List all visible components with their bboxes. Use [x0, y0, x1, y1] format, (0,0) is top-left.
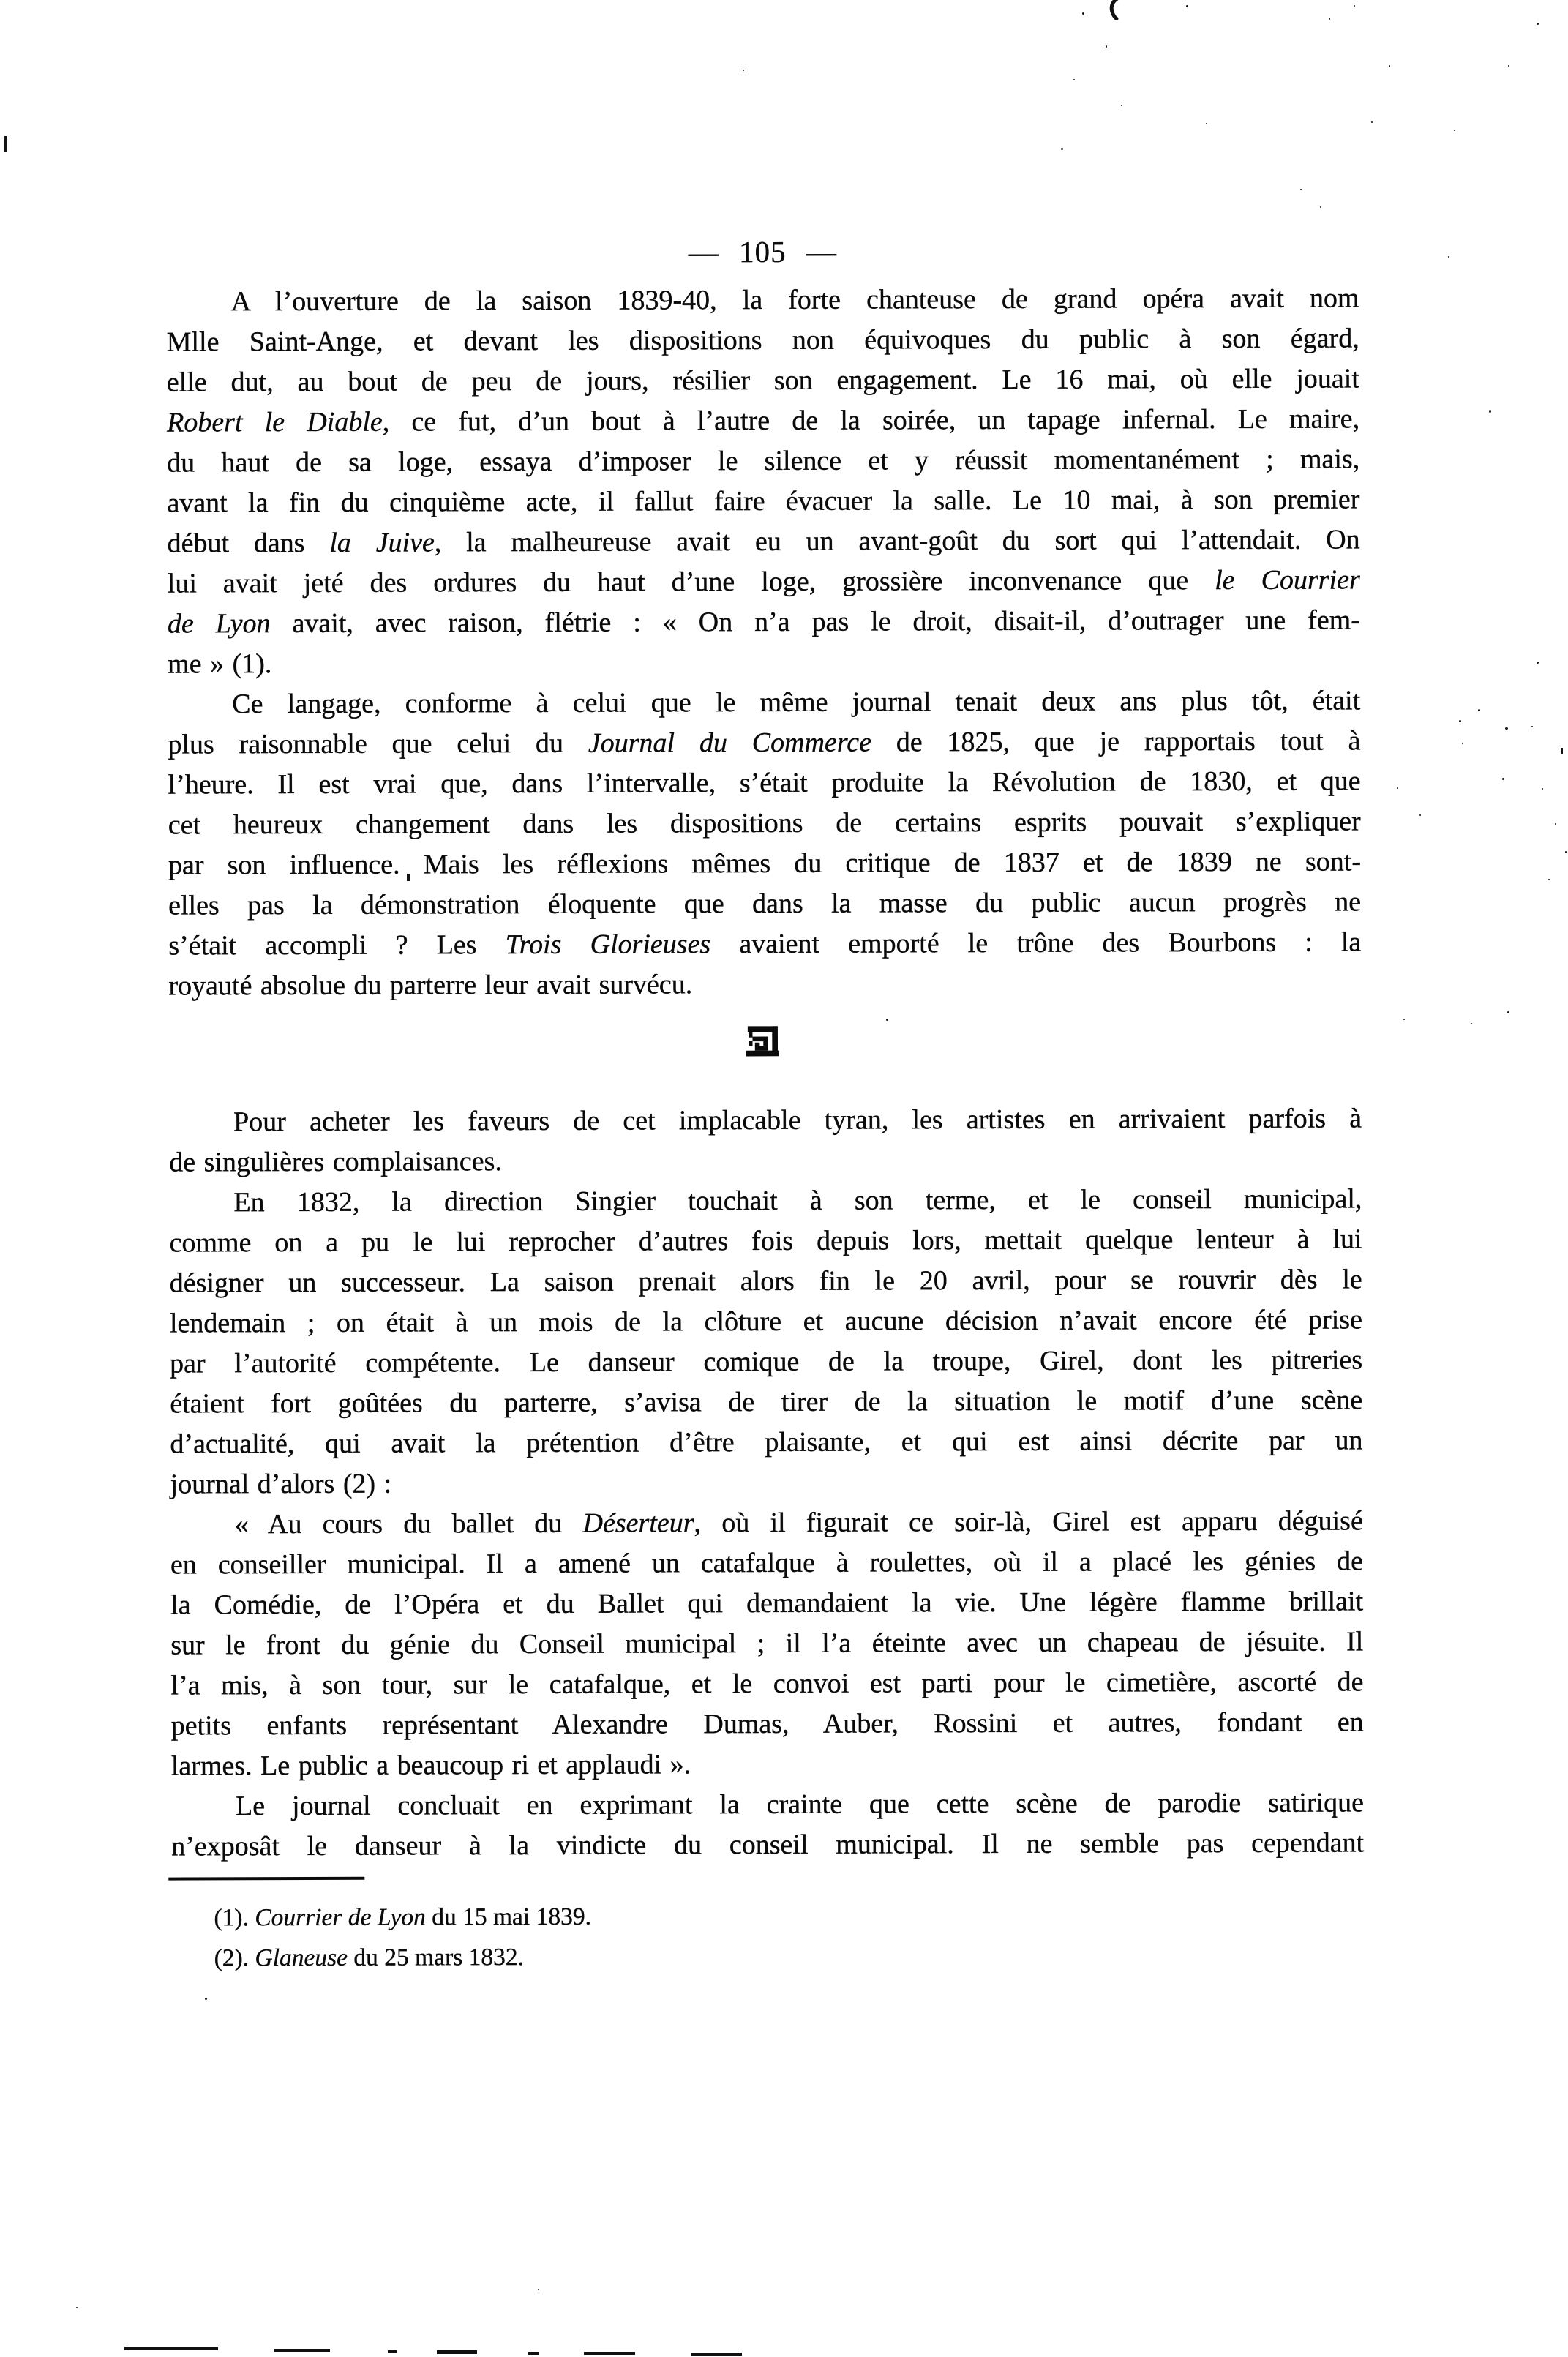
- text-line: elle dut, au bout de peu de jours, résil…: [167, 359, 1359, 402]
- text-line: avant la fin du cinquième acte, il fallu…: [167, 479, 1359, 523]
- text-segment: par son influence. Mais les réflexions m…: [168, 846, 1361, 880]
- text-line: cet heureux changement dans les disposit…: [168, 801, 1361, 845]
- italic-text-segment: de Lyon: [168, 608, 271, 639]
- text-line: Ce langage, conforme à celui que le même…: [168, 681, 1360, 724]
- text-line: l’heure. Il est vrai que, dans l’interva…: [168, 761, 1361, 805]
- scan-speck: [1397, 787, 1398, 789]
- scan-speck: [1371, 121, 1373, 123]
- text-line: la Comédie, de l’Opéra et du Ballet qui …: [170, 1581, 1363, 1625]
- scan-speck: [1300, 189, 1302, 190]
- text-line: journal d’alors (2) :: [170, 1461, 1363, 1504]
- scan-speck: [1565, 851, 1567, 853]
- scan-speck: [1502, 778, 1504, 780]
- text-segment: sur le front du génie du Conseil municip…: [170, 1626, 1363, 1660]
- text-segment: étaient fort goûtées du parterre, s’avis…: [170, 1384, 1362, 1419]
- text-segment: du 15 mai 1839.: [426, 1903, 591, 1931]
- text-line: s’était accompli ? Les Trois Glorieuses …: [168, 922, 1361, 966]
- scan-speck: [1555, 823, 1556, 825]
- scan-edge-dash: [388, 2350, 397, 2353]
- text-segment: « Au cours du ballet du: [235, 1508, 583, 1540]
- text-segment: début dans: [168, 528, 330, 559]
- text-segment: l’a mis, à son tour, sur le catafalque, …: [170, 1666, 1363, 1701]
- text-segment: avant la fin du cinquième acte, il fallu…: [167, 484, 1359, 518]
- italic-text-segment: la Juive: [329, 527, 435, 558]
- scan-speck: [1548, 879, 1550, 880]
- text-line: A l’ouverture de la saison 1839-40, la f…: [166, 278, 1359, 322]
- scan-speck: [886, 1019, 888, 1021]
- text-line: comme on a pu le lui reprocher d’autres …: [170, 1219, 1362, 1263]
- scan-speck: [1061, 148, 1063, 150]
- text-line: de singulières complaisances.: [169, 1139, 1362, 1183]
- footnote-rule: [168, 1877, 364, 1881]
- scan-speck: [743, 70, 744, 71]
- scan-speck: [1354, 5, 1355, 7]
- text-line: par son influence. Mais les réflexions m…: [168, 842, 1361, 885]
- text-line: sur le front du génie du Conseil municip…: [170, 1622, 1363, 1665]
- scan-edge-dash: [274, 2349, 330, 2352]
- scan-speck: [1537, 23, 1539, 25]
- italic-text-segment: Trois Glorieuses: [506, 929, 711, 960]
- greek-key-ornament-icon: [745, 1024, 781, 1057]
- italic-text-segment: le Courrier: [1215, 564, 1360, 596]
- text-line: me » (1).: [168, 640, 1360, 684]
- scan-speck: [205, 1998, 207, 2000]
- scan-speck: [1121, 105, 1122, 106]
- italic-text-segment: Déserteur: [582, 1507, 694, 1538]
- scan-speck: [1537, 662, 1539, 664]
- text-segment: avait, avec raison, flétrie : « On n’a p…: [271, 604, 1360, 639]
- text-line: par l’autorité compétente. Le danseur co…: [170, 1340, 1362, 1384]
- scan-speck: [1462, 743, 1463, 744]
- text-segment: (2).: [214, 1944, 255, 1971]
- text-segment: Le journal concluait en exprimant la cra…: [236, 1787, 1364, 1821]
- scan-speck: [4, 136, 7, 152]
- text-segment: journal d’alors (2) :: [170, 1469, 392, 1500]
- scan-edge-dash: [528, 2352, 539, 2355]
- scan-speck: [76, 2307, 78, 2308]
- text-segment: elles pas la démonstration éloquente que…: [168, 886, 1361, 921]
- text-segment: petits enfants représentant Alexandre Du…: [171, 1706, 1364, 1741]
- scan-speck: [407, 874, 410, 881]
- scan-speck: [1186, 5, 1188, 7]
- text-segment: comme on a pu le lui reprocher d’autres …: [170, 1224, 1362, 1258]
- text-line: désigner un successeur. La saison prenai…: [170, 1259, 1362, 1303]
- footnotes: (1). Courrier de Lyon du 15 mai 1839.(2)…: [171, 1894, 1364, 1978]
- text-line: en conseiller municipal. Il a amené un c…: [170, 1541, 1363, 1585]
- text-line: elles pas la démonstration éloquente que…: [168, 882, 1361, 926]
- scan-speck: [1531, 726, 1533, 727]
- text-line: Le journal concluait en exprimant la cra…: [171, 1783, 1364, 1826]
- text-line: l’a mis, à son tour, sur le catafalque, …: [170, 1662, 1363, 1706]
- text-segment: (1).: [214, 1904, 255, 1931]
- scan-speck: [1478, 709, 1480, 711]
- scan-speck: [538, 2289, 539, 2290]
- italic-text-segment: Robert le Diable: [167, 407, 383, 438]
- text-segment: me » (1).: [168, 648, 271, 679]
- scan-edge-dash: [124, 2347, 218, 2350]
- text-segment: lui avait jeté des ordures du haut d’une…: [168, 565, 1215, 599]
- scan-speck: [1507, 1011, 1509, 1013]
- text-segment: du 25 mars 1832.: [348, 1944, 524, 1971]
- text-segment: lendemain ; on était à un mois de la clô…: [170, 1304, 1362, 1338]
- text-segment: larmes. Le public a beaucoup ri et appla…: [171, 1749, 691, 1781]
- paragraph: Ce langage, conforme à celui que le même…: [168, 681, 1361, 1006]
- section-break: [169, 1003, 1362, 1102]
- scan-speck: [1073, 79, 1075, 80]
- scan-edge-dash: [691, 2353, 742, 2356]
- text-segment: l’heure. Il est vrai que, dans l’interva…: [168, 765, 1361, 800]
- text-segment: en conseiller municipal. Il a amené un c…: [170, 1545, 1363, 1580]
- text-segment: , la malheureuse avait eu un avant-goût …: [435, 524, 1360, 558]
- scan-speck: [1471, 1023, 1472, 1024]
- text-segment: royauté absolue du parterre leur avait s…: [168, 969, 692, 1001]
- text-segment: par l’autorité compétente. Le danseur co…: [170, 1344, 1362, 1379]
- text-line: Mlle Saint-Ange, et devant les dispositi…: [167, 318, 1359, 362]
- italic-text-segment: Glaneuse: [255, 1944, 348, 1971]
- scan-speck: [1206, 123, 1207, 124]
- text-segment: A l’ouverture de la saison 1839-40, la f…: [230, 282, 1359, 317]
- text-segment: désigner un successeur. La saison prenai…: [170, 1264, 1362, 1298]
- page-number: — 105 —: [166, 232, 1359, 282]
- text-line: Pour acheter les faveurs de cet implacab…: [169, 1098, 1362, 1142]
- text-segment: , ce fut, d’un bout à l’autre de la soir…: [383, 403, 1359, 437]
- text-segment: de singulières complaisances.: [169, 1146, 502, 1177]
- scan-speck: [1505, 727, 1508, 730]
- text-line: royauté absolue du parterre leur avait s…: [168, 962, 1361, 1006]
- text-line: plus raisonnable que celui du Journal du…: [168, 721, 1360, 765]
- scan-speck: [1542, 788, 1543, 790]
- text-segment: elle dut, au bout de peu de jours, résil…: [167, 363, 1359, 397]
- text-line: étaient fort goûtées du parterre, s’avis…: [170, 1380, 1362, 1424]
- text-line: de Lyon avait, avec raison, flétrie : « …: [168, 600, 1360, 644]
- text-segment: En 1832, la direction Singier touchait à…: [233, 1183, 1362, 1218]
- scan-speck: [1403, 1019, 1405, 1020]
- scan-curl-mark: [1106, 0, 1121, 23]
- scan-speck: [1389, 65, 1390, 67]
- scan-edge-dash: [437, 2350, 477, 2354]
- scan-speck: [1106, 45, 1107, 48]
- text-line: n’exposât le danseur à la vindicte du co…: [171, 1823, 1364, 1867]
- scan-speck: [1329, 18, 1330, 20]
- section-bottom: Pour acheter les faveurs de cet implacab…: [169, 1098, 1364, 1867]
- text-line: d’actualité, qui avait la prétention d’ê…: [170, 1420, 1362, 1464]
- scan-speck: [1320, 206, 1321, 208]
- italic-text-segment: Journal du Commerce: [588, 727, 871, 759]
- text-segment: Ce langage, conforme à celui que le même…: [232, 685, 1360, 719]
- text-line: Robert le Diable, ce fut, d’un bout à l’…: [167, 399, 1359, 443]
- text-segment: avaient emporté le trône des Bourbons : …: [710, 926, 1361, 959]
- text-line: « Au cours du ballet du Déserteur, où il…: [170, 1501, 1363, 1545]
- section-top: A l’ouverture de la saison 1839-40, la f…: [166, 278, 1361, 1006]
- paragraph: A l’ouverture de la saison 1839-40, la f…: [166, 278, 1360, 684]
- scan-edge-dash: [584, 2352, 635, 2355]
- scan-speck: [1454, 130, 1455, 131]
- scan-speck: [1448, 256, 1449, 258]
- text-line: En 1832, la direction Singier touchait à…: [169, 1179, 1362, 1223]
- footnote: (1). Courrier de Lyon du 15 mai 1839.: [171, 1894, 1364, 1938]
- text-segment: cet heureux changement dans les disposit…: [168, 806, 1361, 840]
- text-segment: Mlle Saint-Ange, et devant les dispositi…: [167, 323, 1359, 357]
- paragraph: Pour acheter les faveurs de cet implacab…: [169, 1098, 1362, 1183]
- text-segment: de 1825, que je rapportais tout à: [871, 725, 1361, 757]
- scan-speck: [1419, 814, 1421, 816]
- text-line: du haut de sa loge, essaya d’imposer le …: [167, 439, 1359, 483]
- scan-speck: [1459, 720, 1461, 722]
- text-segment: plus raisonnable que celui du: [168, 728, 588, 760]
- paragraph: Le journal concluait en exprimant la cra…: [171, 1783, 1364, 1867]
- scanned-book-page: — 105 — A l’ouverture de la saison 1839-…: [0, 0, 1568, 2357]
- text-segment: n’exposât le danseur à la vindicte du co…: [171, 1827, 1364, 1862]
- text-segment: la Comédie, de l’Opéra et du Ballet qui …: [170, 1586, 1363, 1620]
- text-line: lendemain ; on était à un mois de la clô…: [170, 1300, 1362, 1344]
- paragraph: En 1832, la direction Singier touchait à…: [169, 1179, 1362, 1504]
- scan-speck: [1489, 410, 1491, 413]
- scan-speck: [1561, 748, 1563, 754]
- text-segment: Pour acheter les faveurs de cet implacab…: [233, 1103, 1362, 1137]
- text-line: larmes. Le public a beaucoup ri et appla…: [171, 1742, 1364, 1786]
- footnote: (2). Glaneuse du 25 mars 1832.: [172, 1934, 1365, 1978]
- page-content: — 105 — A l’ouverture de la saison 1839-…: [166, 232, 1364, 1978]
- text-segment: s’était accompli ? Les: [168, 929, 505, 961]
- text-line: lui avait jeté des ordures du haut d’une…: [168, 560, 1360, 604]
- italic-text-segment: Courrier de Lyon: [255, 1903, 426, 1931]
- text-line: petits enfants représentant Alexandre Du…: [171, 1702, 1364, 1746]
- scan-speck: [1082, 12, 1084, 15]
- text-segment: d’actualité, qui avait la prétention d’ê…: [170, 1425, 1362, 1459]
- paragraph: « Au cours du ballet du Déserteur, où il…: [170, 1501, 1364, 1786]
- text-segment: du haut de sa loge, essaya d’imposer le …: [167, 443, 1359, 478]
- scan-speck: [1508, 65, 1509, 67]
- text-line: début dans la Juive, la malheureuse avai…: [167, 520, 1359, 563]
- text-segment: , où il figurait ce soir-là, Girel est a…: [694, 1505, 1362, 1538]
